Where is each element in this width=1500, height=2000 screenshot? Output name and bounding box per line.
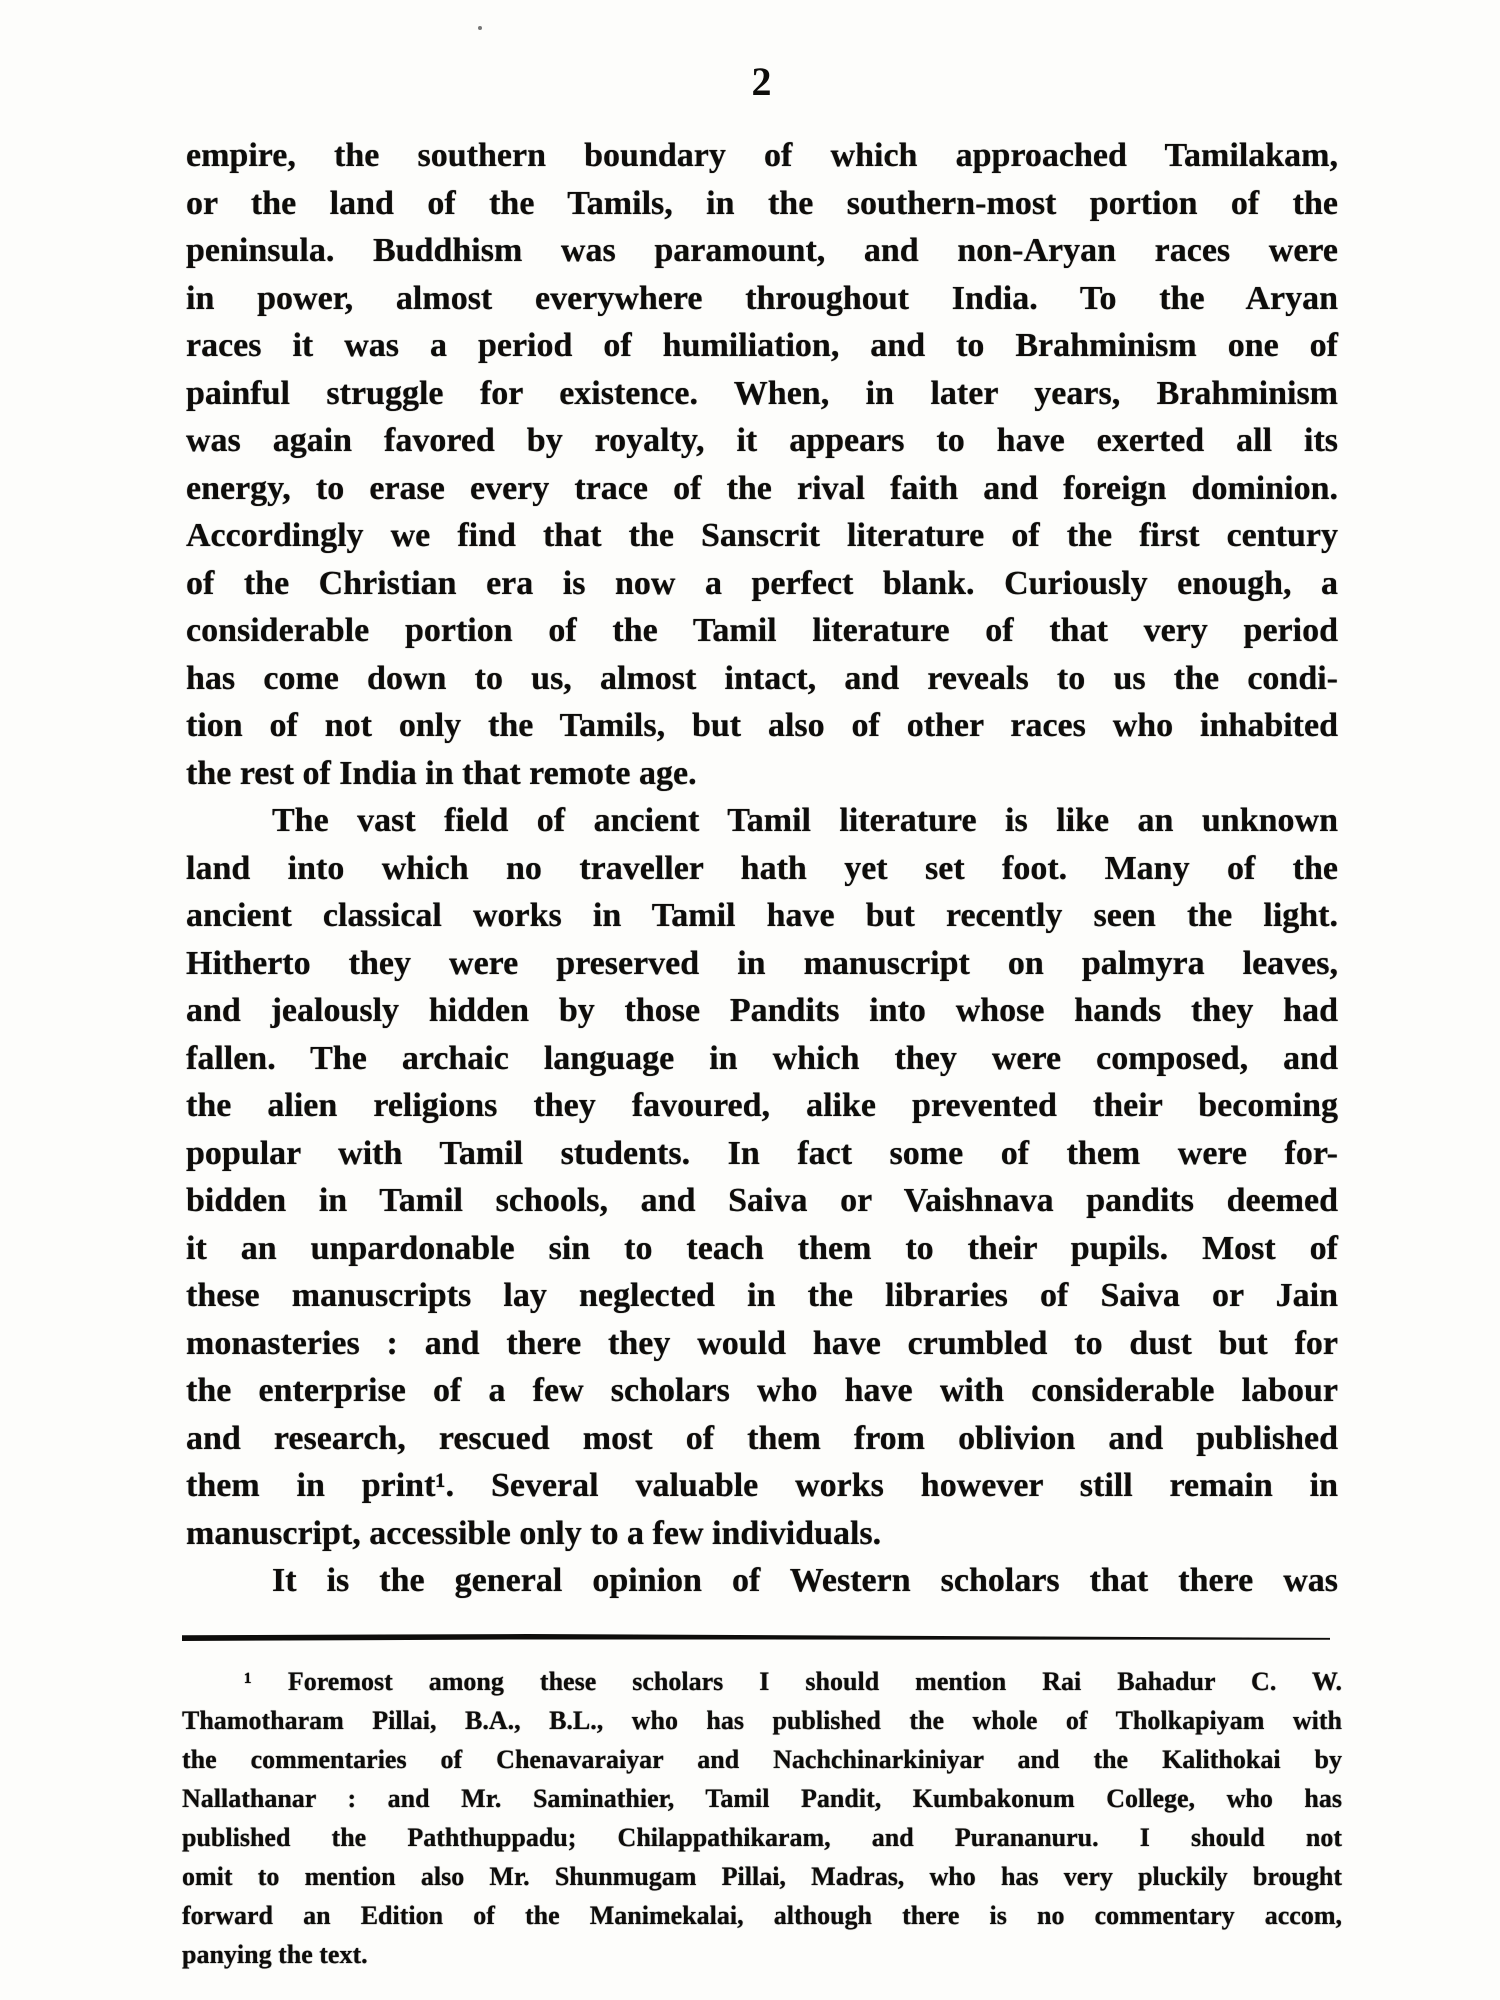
text-line: Nallathanar : and Mr. Saminathier, Tamil…	[182, 1779, 1342, 1818]
text-line: the enterprise of a few scholars who hav…	[186, 1367, 1338, 1415]
text-line: these manuscripts lay neglected in the l…	[186, 1272, 1338, 1320]
text-line: fallen. The archaic language in which th…	[186, 1035, 1338, 1083]
text-line: manuscript, accessible only to a few ind…	[186, 1510, 1338, 1558]
text-line: omit to mention also Mr. Shunmugam Pilla…	[182, 1857, 1342, 1896]
text-line: forward an Edition of the Manimekalai, a…	[182, 1896, 1342, 1935]
text-line: bidden in Tamil schools, and Saiva or Va…	[186, 1177, 1338, 1225]
text-line: was again favored by royalty, it appears…	[186, 417, 1338, 465]
paragraph: ¹ Foremost among these scholars I should…	[182, 1662, 1342, 1974]
text-line: energy, to erase every trace of the riva…	[186, 465, 1338, 513]
text-line: Thamotharam Pillai, B.A., B.L., who has …	[182, 1701, 1342, 1740]
text-line: races it was a period of humiliation, an…	[186, 322, 1338, 370]
footnote-divider-rule	[182, 1634, 1330, 1641]
text-line: or the land of the Tamils, in the southe…	[186, 180, 1338, 228]
text-line: has come down to us, almost intact, and …	[186, 655, 1338, 703]
text-line: land into which no traveller hath yet se…	[186, 845, 1338, 893]
text-line: peninsula. Buddhism was paramount, and n…	[186, 227, 1338, 275]
paragraph: It is the general opinion of Western sch…	[186, 1557, 1338, 1605]
text-line: painful struggle for existence. When, in…	[186, 370, 1338, 418]
text-line: it an unpardonable sin to teach them to …	[186, 1225, 1338, 1273]
text-line: Accordingly we find that the Sanscrit li…	[186, 512, 1338, 560]
footnote-block: ¹ Foremost among these scholars I should…	[182, 1662, 1342, 1974]
text-line: ancient classical works in Tamil have bu…	[186, 892, 1338, 940]
text-line: It is the general opinion of Western sch…	[186, 1557, 1338, 1605]
text-line: and research, rescued most of them from …	[186, 1415, 1338, 1463]
page-number: 2	[186, 58, 1338, 105]
text-line: monasteries : and there they would have …	[186, 1320, 1338, 1368]
main-text-block: empire, the southern boundary of which a…	[186, 132, 1338, 1605]
text-line: Hitherto they were preserved in manuscri…	[186, 940, 1338, 988]
text-line: empire, the southern boundary of which a…	[186, 132, 1338, 180]
paragraph: empire, the southern boundary of which a…	[186, 132, 1338, 797]
text-line: them in print¹. Several valuable works h…	[186, 1462, 1338, 1510]
text-line: and jealously hidden by those Pandits in…	[186, 987, 1338, 1035]
text-line: panying the text.	[182, 1935, 1342, 1974]
scan-speck	[478, 26, 482, 30]
text-line: of the Christian era is now a perfect bl…	[186, 560, 1338, 608]
text-line: considerable portion of the Tamil litera…	[186, 607, 1338, 655]
text-line: tion of not only the Tamils, but also of…	[186, 702, 1338, 750]
paragraph: The vast field of ancient Tamil literatu…	[186, 797, 1338, 1557]
text-line: the rest of India in that remote age.	[186, 750, 1338, 798]
text-line: popular with Tamil students. In fact som…	[186, 1130, 1338, 1178]
text-line: the commentaries of Chenavaraiyar and Na…	[182, 1740, 1342, 1779]
text-line: ¹ Foremost among these scholars I should…	[182, 1662, 1342, 1701]
text-line: The vast field of ancient Tamil literatu…	[186, 797, 1338, 845]
book-page: 2 empire, the southern boundary of which…	[0, 0, 1500, 2000]
text-line: published the Paththuppadu; Chilappathik…	[182, 1818, 1342, 1857]
text-line: in power, almost everywhere throughout I…	[186, 275, 1338, 323]
text-line: the alien religions they favoured, alike…	[186, 1082, 1338, 1130]
